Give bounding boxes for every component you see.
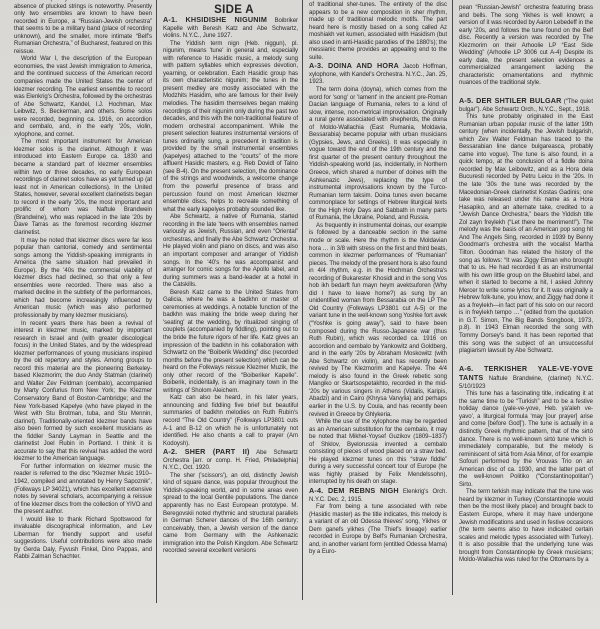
column-side-a-end: pean “Russian-Jewish” orchestra featurin… bbox=[459, 5, 593, 565]
column-divider bbox=[156, 0, 157, 603]
liner-notes-page: was most frequently music of Rumanian or… bbox=[0, 0, 600, 629]
paragraph: Far from being a tune associated with re… bbox=[309, 504, 447, 557]
track-title: A-3. DOINA AND HORA bbox=[309, 61, 399, 70]
paragraph: Beresh Katz came to the United States fr… bbox=[163, 290, 298, 396]
track-heading-a3: A-3. DOINA AND HORA Jacob Hoffman, xylop… bbox=[309, 62, 447, 87]
column-intro: was most frequently music of Rumanian or… bbox=[14, 0, 152, 562]
paragraph: of traditional sher-tunes. The entirety … bbox=[309, 2, 447, 62]
paragraph: It may be noted that klezmer discs were … bbox=[14, 238, 152, 321]
paragraph: In recent years there has been a revival… bbox=[14, 321, 152, 464]
track-heading-a1: A-1. KHSIDISHE NIGUNIM Boibriker Kapelle… bbox=[163, 16, 298, 41]
track-title: A-4. DEM REBNS NIGH bbox=[309, 486, 399, 495]
paragraph: For further information on klezmer music… bbox=[14, 464, 152, 517]
paragraph: Katz can also be heard, in his later yea… bbox=[163, 395, 298, 448]
track-heading-a5: A-5. DER SHTILER BULGAR (“The quiet bulg… bbox=[459, 97, 593, 114]
paragraph: The term doina (doyna), which comes from… bbox=[309, 87, 447, 223]
paragraph: The term terkish may indicate that the t… bbox=[459, 489, 593, 564]
paragraph: was most frequently music of Rumanian or… bbox=[14, 0, 152, 56]
track-title: A-2. SHER (PART II) bbox=[163, 447, 250, 456]
track-title: A-1. KHSIDISHE NIGUNIM bbox=[163, 15, 267, 24]
paragraph: World War I, the description of the Euro… bbox=[14, 56, 152, 139]
paragraph: The most important instrument for Americ… bbox=[14, 139, 152, 237]
column-side-a-middle: of traditional sher-tunes. The entirety … bbox=[309, 2, 447, 557]
column-side-a-start: SIDE A A-1. KHSIDISHE NIGUNIM Boibriker … bbox=[163, 4, 298, 556]
track-heading-a4: A-4. DEM REBNS NIGH Elenkrig's Orch. N.Y… bbox=[309, 487, 447, 504]
column-divider bbox=[302, 0, 303, 600]
paragraph: This tune probably originated in the Eas… bbox=[459, 114, 593, 356]
paragraph: The sher ('scissors'), an old, distinctl… bbox=[163, 473, 298, 556]
paragraph: Abe Schwartz, a native of Rumania, start… bbox=[163, 214, 298, 289]
track-heading-a2: A-2. SHER (PART II) Abe Schwartz Orchest… bbox=[163, 448, 298, 473]
paragraph: The Yiddish term nign (Heb. niggun), pl.… bbox=[163, 41, 298, 215]
paragraph: As frequently in instrumental doinas, ou… bbox=[309, 223, 447, 419]
column-divider bbox=[452, 0, 453, 595]
paragraph: I would like to thank Richard Spottswood… bbox=[14, 517, 152, 562]
track-heading-a6: A-6. TERKISHER YALE-VE-YOVE TANTS Naftul… bbox=[459, 365, 593, 392]
paragraph: pean “Russian-Jewish” orchestra featurin… bbox=[459, 5, 593, 88]
track-title: A-5. DER SHTILER BULGAR bbox=[459, 96, 562, 105]
paragraph: This tune has a fascinating title, indic… bbox=[459, 391, 593, 489]
paragraph: While the use of the xylophone may be re… bbox=[309, 419, 447, 487]
